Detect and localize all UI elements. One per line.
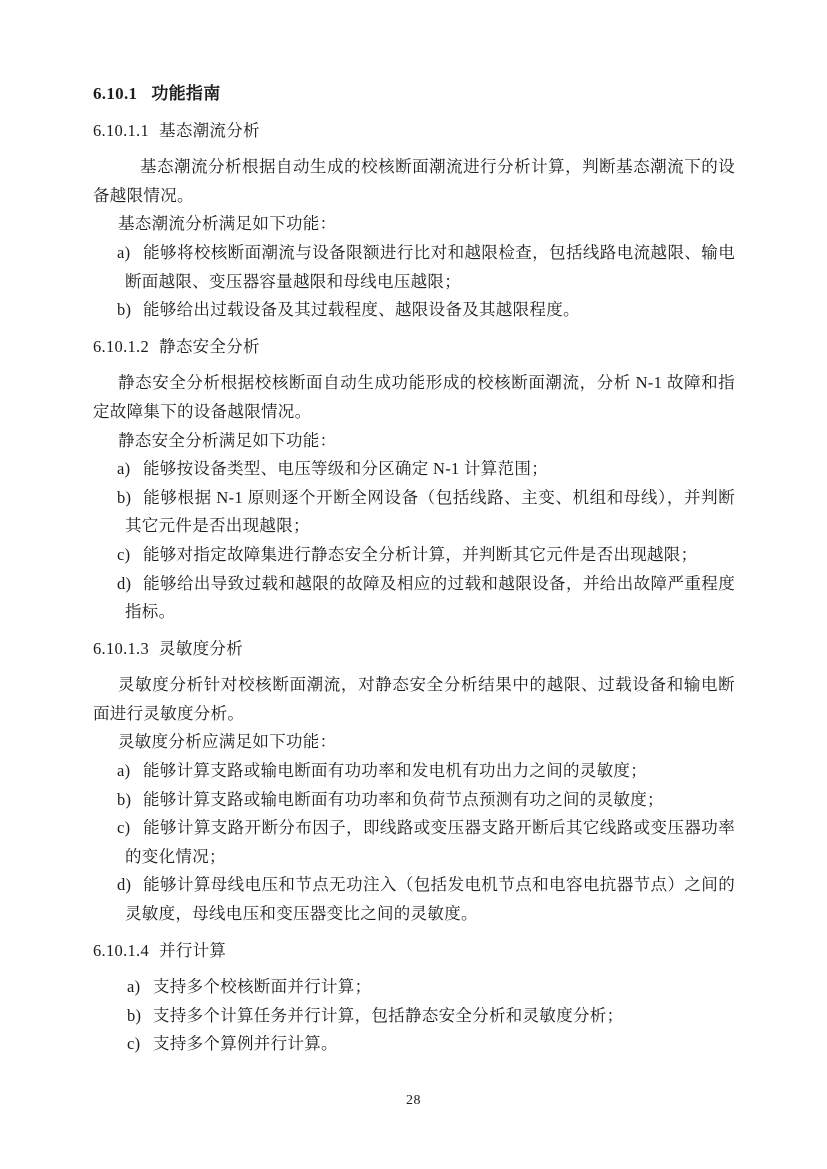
list-item-marker: c) xyxy=(127,1030,153,1059)
intro-paragraph: 灵敏度分析针对校核断面潮流，对静态安全分析结果中的越限、过载设备和输电断面进行灵… xyxy=(93,671,735,728)
list-item-marker: b) xyxy=(117,786,143,815)
subsection-heading-title: 并行计算 xyxy=(159,941,226,960)
list-item: d)能够计算母线电压和节点无功注入（包括发电机节点和电容电抗器节点）之间的灵敏度… xyxy=(125,871,735,928)
subsection-heading: 6.10.1.1基态潮流分析 xyxy=(93,117,735,146)
list-item-text: 能够根据 N-1 原则逐个开断全网设备（包括线路、主变、机组和母线），并判断其它… xyxy=(125,488,735,536)
list-item-text: 能够计算母线电压和节点无功注入（包括发电机节点和电容电抗器节点）之间的灵敏度，母… xyxy=(125,875,735,923)
subsection-sensitivity-analysis: 6.10.1.3灵敏度分析 灵敏度分析针对校核断面潮流，对静态安全分析结果中的越… xyxy=(93,635,735,929)
list-item-marker: a) xyxy=(117,757,143,786)
list-item-text: 能够给出导致过载和越限的故障及相应的过载和越限设备，并给出故障严重程度指标。 xyxy=(125,574,735,622)
subsection-heading-title: 灵敏度分析 xyxy=(159,639,243,658)
subsection-basic-powerflow: 6.10.1.1基态潮流分析 基态潮流分析根据自动生成的校核断面潮流进行分析计算… xyxy=(93,117,735,325)
list-item-marker: a) xyxy=(117,239,143,268)
feature-list: a)能够计算支路或输电断面有功功率和发电机有功出力之间的灵敏度； b)能够计算支… xyxy=(93,757,735,929)
list-item-text: 能够对指定故障集进行静态安全分析计算，并判断其它元件是否出现越限； xyxy=(143,545,697,564)
list-item-text: 支持多个校核断面并行计算； xyxy=(153,977,371,996)
list-item: a)能够将校核断面潮流与设备限额进行比对和越限检查，包括线路电流越限、输电断面越… xyxy=(125,239,735,296)
list-item: a)支持多个校核断面并行计算； xyxy=(135,973,735,1002)
list-item-marker: d) xyxy=(117,570,143,599)
list-item-text: 能够将校核断面潮流与设备限额进行比对和越限检查，包括线路电流越限、输电断面越限、… xyxy=(125,243,735,291)
list-item: d)能够给出导致过载和越限的故障及相应的过载和越限设备，并给出故障严重程度指标。 xyxy=(125,570,735,627)
list-item-text: 能够给出过载设备及其过载程度、越限设备及其越限程度。 xyxy=(143,300,580,319)
leadin-paragraph: 基态潮流分析满足如下功能： xyxy=(93,210,735,239)
list-item: a)能够计算支路或输电断面有功功率和发电机有功出力之间的灵敏度； xyxy=(125,757,735,786)
subsection-heading-title: 静态安全分析 xyxy=(159,337,260,356)
list-item: c)能够计算支路开断分布因子，即线路或变压器支路开断后其它线路或变压器功率的变化… xyxy=(125,814,735,871)
list-item-text: 能够计算支路或输电断面有功功率和负荷节点预测有功之间的灵敏度； xyxy=(143,790,664,809)
list-item-marker: b) xyxy=(117,484,143,513)
list-item-text: 能够计算支路或输电断面有功功率和发电机有功出力之间的灵敏度； xyxy=(143,761,647,780)
page-number: 28 xyxy=(0,1093,827,1109)
leadin-paragraph: 静态安全分析满足如下功能： xyxy=(93,427,735,456)
list-item: b)能够给出过载设备及其过载程度、越限设备及其越限程度。 xyxy=(125,296,735,325)
subsection-heading: 6.10.1.4并行计算 xyxy=(93,937,735,966)
feature-list: a)能够按设备类型、电压等级和分区确定 N-1 计算范围； b)能够根据 N-1… xyxy=(93,455,735,627)
page-content: 6.10.1功能指南 6.10.1.1基态潮流分析 基态潮流分析根据自动生成的校… xyxy=(93,80,735,1059)
document-page: 6.10.1功能指南 6.10.1.1基态潮流分析 基态潮流分析根据自动生成的校… xyxy=(0,0,827,1169)
list-item: b)能够计算支路或输电断面有功功率和负荷节点预测有功之间的灵敏度； xyxy=(125,786,735,815)
list-item-marker: c) xyxy=(117,814,143,843)
subsection-heading: 6.10.1.2静态安全分析 xyxy=(93,333,735,362)
feature-list: a)能够将校核断面潮流与设备限额进行比对和越限检查，包括线路电流越限、输电断面越… xyxy=(93,239,735,325)
list-item: c)能够对指定故障集进行静态安全分析计算，并判断其它元件是否出现越限； xyxy=(125,541,735,570)
list-item: b)支持多个计算任务并行计算，包括静态安全分析和灵敏度分析； xyxy=(135,1002,735,1031)
feature-list: a)支持多个校核断面并行计算； b)支持多个计算任务并行计算，包括静态安全分析和… xyxy=(93,973,735,1059)
list-item-marker: b) xyxy=(117,296,143,325)
subsection-heading-number: 6.10.1.2 xyxy=(93,337,149,356)
list-item-text: 支持多个算例并行计算。 xyxy=(153,1034,338,1053)
section-heading: 6.10.1功能指南 xyxy=(93,80,735,109)
list-item-text: 能够按设备类型、电压等级和分区确定 N-1 计算范围； xyxy=(143,459,548,478)
list-item-marker: b) xyxy=(127,1002,153,1031)
subsection-heading-number: 6.10.1.1 xyxy=(93,121,149,140)
intro-paragraph: 静态安全分析根据校核断面自动生成功能形成的校核断面潮流，分析 N-1 故障和指定… xyxy=(93,369,735,426)
subsection-static-security: 6.10.1.2静态安全分析 静态安全分析根据校核断面自动生成功能形成的校核断面… xyxy=(93,333,735,627)
list-item-marker: a) xyxy=(127,973,153,1002)
list-item: a)能够按设备类型、电压等级和分区确定 N-1 计算范围； xyxy=(125,455,735,484)
subsection-heading-number: 6.10.1.4 xyxy=(93,941,149,960)
leadin-paragraph: 灵敏度分析应满足如下功能： xyxy=(93,728,735,757)
list-item-marker: c) xyxy=(117,541,143,570)
list-item-marker: a) xyxy=(117,455,143,484)
section-heading-title: 功能指南 xyxy=(151,84,220,103)
section-heading-number: 6.10.1 xyxy=(93,84,137,103)
list-item-marker: d) xyxy=(117,871,143,900)
subsection-heading-title: 基态潮流分析 xyxy=(159,121,260,140)
list-item: b)能够根据 N-1 原则逐个开断全网设备（包括线路、主变、机组和母线），并判断… xyxy=(125,484,735,541)
list-item-text: 支持多个计算任务并行计算，包括静态安全分析和灵敏度分析； xyxy=(153,1006,623,1025)
subsection-heading: 6.10.1.3灵敏度分析 xyxy=(93,635,735,664)
subsection-parallel-computation: 6.10.1.4并行计算 a)支持多个校核断面并行计算； b)支持多个计算任务并… xyxy=(93,937,735,1059)
subsection-heading-number: 6.10.1.3 xyxy=(93,639,149,658)
list-item-text: 能够计算支路开断分布因子，即线路或变压器支路开断后其它线路或变压器功率的变化情况… xyxy=(125,818,735,866)
list-item: c)支持多个算例并行计算。 xyxy=(135,1030,735,1059)
intro-paragraph: 基态潮流分析根据自动生成的校核断面潮流进行分析计算，判断基态潮流下的设备越限情况… xyxy=(93,153,735,210)
